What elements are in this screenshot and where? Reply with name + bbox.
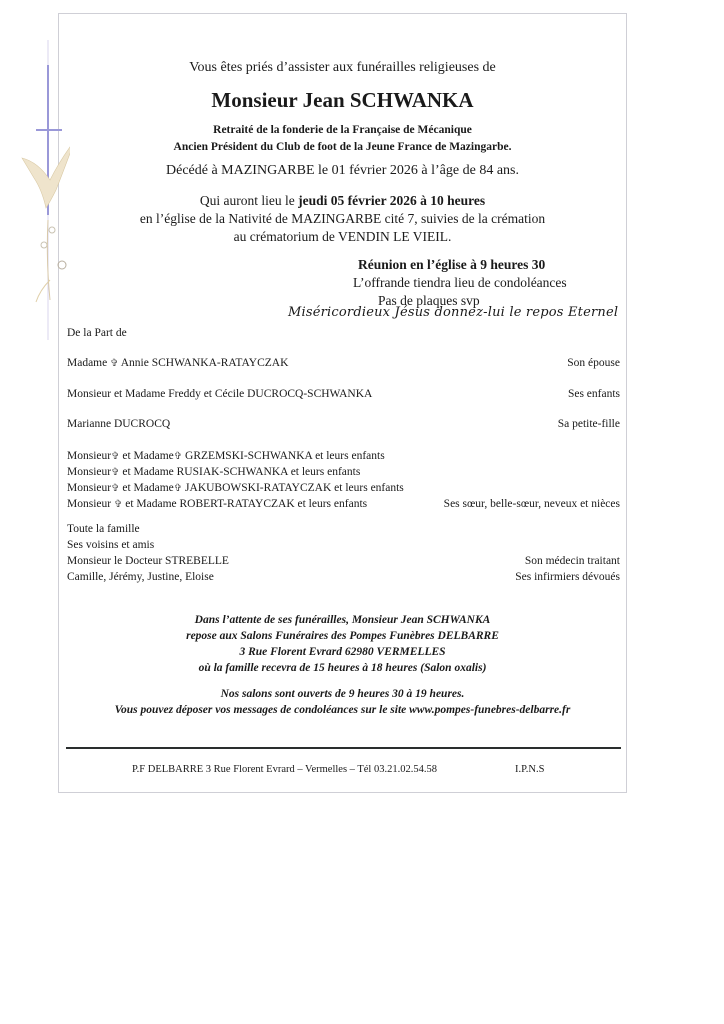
info-line: où la famille recevra de 15 heures à 18 …: [58, 660, 627, 676]
info-line: repose aux Salons Funéraires des Pompes …: [58, 628, 627, 644]
family-member-row: Monsieur ✞ et Madame ROBERT-RATAYCZAK et…: [67, 496, 620, 512]
death-notice: Décédé à MAZINGARBE le 01 février 2026 à…: [58, 163, 627, 179]
family-group: Toute la familleSes voisins et amisMonsi…: [67, 521, 620, 585]
subtitle-line: Retraité de la fonderie de la Française …: [58, 124, 627, 136]
relation-label: Sa petite-fille: [558, 416, 620, 432]
name-text: Monsieur et Madame Freddy et Cécile DUCR…: [67, 388, 372, 400]
info-line: Dans l’attente de ses funérailles, Monsi…: [58, 612, 627, 628]
ceremony-line-2: en l’église de la Nativité de MAZINGARBE…: [58, 210, 627, 228]
name-text: et Madame: [119, 482, 173, 494]
family-member-row: Monsieur✞ et Madame✞ JAKUBOWSKI-RATAYCZA…: [67, 480, 620, 496]
family-member-row: Monsieur le Docteur STREBELLESon médecin…: [67, 553, 620, 569]
info-line: Vous pouvez déposer vos messages de cond…: [58, 702, 627, 718]
offering-note: L’offrande tiendra lieu de condoléances: [353, 275, 567, 291]
cross-icon: ✞: [110, 358, 118, 369]
family-member-row: Monsieur✞ et Madame RUSIAK-SCHWANKA et l…: [67, 464, 620, 480]
family-member-row: Camille, Jérémy, Justine, EloiseSes infi…: [67, 569, 620, 585]
footer-divider: [66, 747, 621, 749]
subtitle-line: Ancien Président du Club de foot de la J…: [58, 141, 627, 153]
name-text: Camille, Jérémy, Justine, Eloise: [67, 571, 214, 583]
family-member-name: Monsieur le Docteur STREBELLE: [67, 555, 229, 567]
name-text: Toute la famille: [67, 523, 140, 535]
family-group: Monsieur et Madame Freddy et Cécile DUCR…: [67, 386, 620, 402]
meeting-time: Réunion en l’église à 9 heures 30: [358, 257, 545, 273]
name-text: Annie SCHWANKA-RATAYCZAK: [119, 357, 289, 369]
family-member-name: Camille, Jérémy, Justine, Eloise: [67, 571, 214, 583]
family-member-name: Monsieur ✞ et Madame ROBERT-RATAYCZAK et…: [67, 498, 367, 510]
family-member-name: Monsieur✞ et Madame✞ JAKUBOWSKI-RATAYCZA…: [67, 482, 404, 494]
name-text: JAKUBOWSKI-RATAYCZAK et leurs enfants: [182, 482, 404, 494]
name-text: Ses voisins et amis: [67, 539, 154, 551]
family-member-name: Toute la famille: [67, 523, 140, 535]
name-text: et Madame RUSIAK-SCHWANKA et leurs enfan…: [119, 466, 360, 478]
info-line: Nos salons sont ouverts de 9 heures 30 à…: [58, 686, 627, 702]
cross-dove-decoration-icon: [20, 40, 70, 340]
salon-hours-info: Nos salons sont ouverts de 9 heures 30 à…: [58, 686, 627, 718]
ceremony-line-3: au crématorium de VENDIN LE VIEIL.: [58, 228, 627, 246]
family-member-name: Monsieur✞ et Madame RUSIAK-SCHWANKA et l…: [67, 466, 360, 478]
name-text: Monsieur: [67, 498, 114, 510]
name-text: GRZEMSKI-SCHWANKA et leurs enfants: [182, 450, 385, 462]
viewing-info: Dans l’attente de ses funérailles, Monsi…: [58, 612, 627, 676]
family-member-name: Monsieur et Madame Freddy et Cécile DUCR…: [67, 388, 372, 400]
cross-icon: ✞: [174, 451, 182, 462]
name-text: Madame: [67, 357, 110, 369]
family-member-row: Marianne DUCROCQSa petite-fille: [67, 416, 620, 432]
relation-label: Son épouse: [567, 355, 620, 371]
footer-company: P.F DELBARRE 3 Rue Florent Evrard – Verm…: [132, 764, 437, 775]
name-text: et Madame: [119, 450, 173, 462]
family-member-name: Marianne DUCROCQ: [67, 418, 170, 430]
family-member-row: Ses voisins et amis: [67, 537, 620, 553]
deceased-name: Monsieur Jean SCHWANKA: [58, 88, 627, 113]
name-text: Monsieur le Docteur STREBELLE: [67, 555, 229, 567]
ceremony-prefix: Qui auront lieu le: [200, 193, 298, 208]
relation-label: Ses infirmiers dévoués: [515, 569, 620, 585]
ceremony-line-1: Qui auront lieu le jeudi 05 février 2026…: [58, 192, 627, 210]
family-group: Madame ✞ Annie SCHWANKA-RATAYCZAKSon épo…: [67, 355, 620, 371]
family-member-row: Monsieur et Madame Freddy et Cécile DUCR…: [67, 386, 620, 402]
ceremony-date: jeudi 05 février 2026 à 10 heures: [298, 193, 485, 208]
cross-icon: ✞: [174, 483, 182, 494]
ceremony-details: Qui auront lieu le jeudi 05 février 2026…: [58, 192, 627, 246]
family-member-name: Madame ✞ Annie SCHWANKA-RATAYCZAK: [67, 357, 288, 369]
name-text: Marianne DUCROCQ: [67, 418, 170, 430]
family-member-row: Madame ✞ Annie SCHWANKA-RATAYCZAKSon épo…: [67, 355, 620, 371]
family-member-name: Monsieur✞ et Madame✞ GRZEMSKI-SCHWANKA e…: [67, 450, 385, 462]
name-text: et Madame ROBERT-RATAYCZAK et leurs enfa…: [122, 498, 367, 510]
name-text: Monsieur: [67, 482, 111, 494]
prayer-line: Miséricordieux Jésus donnez-lui le repos…: [288, 305, 618, 320]
intro-text: Vous êtes priés d’assister aux funéraill…: [58, 60, 627, 76]
family-heading-text: De la Part de: [67, 325, 620, 341]
family-member-name: Ses voisins et amis: [67, 539, 154, 551]
footer-ipns: I.P.N.S: [515, 764, 544, 775]
name-text: Monsieur: [67, 466, 111, 478]
family-group: Marianne DUCROCQSa petite-fille: [67, 416, 620, 432]
name-text: Monsieur: [67, 450, 111, 462]
family-heading: De la Part de: [67, 325, 620, 341]
family-group: Monsieur✞ et Madame✞ GRZEMSKI-SCHWANKA e…: [67, 448, 620, 512]
relation-label: Ses enfants: [568, 386, 620, 402]
info-line: 3 Rue Florent Evrard 62980 VERMELLES: [58, 644, 627, 660]
relation-label: Son médecin traitant: [525, 553, 620, 569]
family-member-row: Toute la famille: [67, 521, 620, 537]
relation-label: Ses sœur, belle-sœur, neveux et nièces: [444, 496, 620, 512]
family-member-row: Monsieur✞ et Madame✞ GRZEMSKI-SCHWANKA e…: [67, 448, 620, 464]
